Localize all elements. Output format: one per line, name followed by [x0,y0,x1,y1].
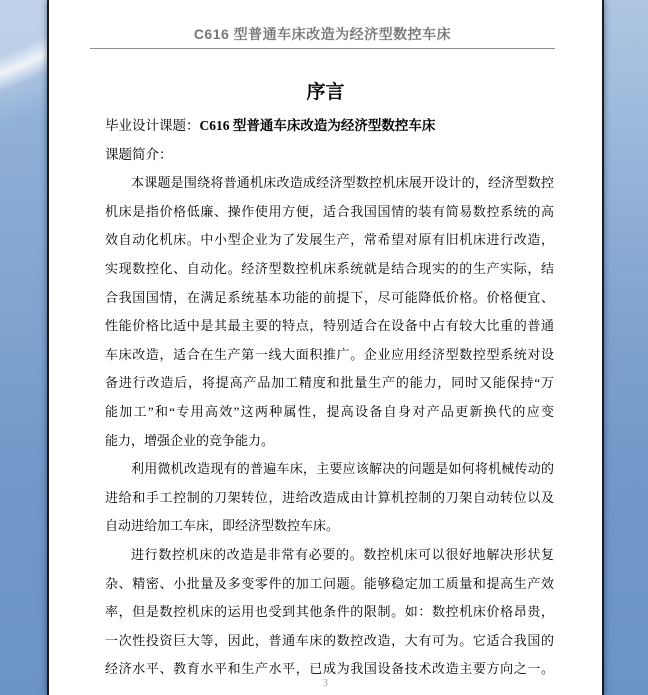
paragraph-line: 杂、精密、小批量及多变零件的加工问题。能够稳定加工质量和提高生产效 [105,570,554,599]
paragraph-line: 能力，增强企业的竞争能力。 [105,427,554,456]
paragraphs-container: 本课题是围绕将普通机床改造成经济型数控机床展开设计的，经济型数控机床是指价格低廉… [105,169,554,684]
paragraph-line: 本课题是围绕将普通机床改造成经济型数控机床展开设计的，经济型数控 [105,169,554,198]
paragraph-line: 备进行改造后，将提高产品加工精度和批量生产的能力，同时又能保持“万 [105,369,554,398]
paragraph-line: 自动进给加工车床，即经济型数控车床。 [105,512,554,541]
course-label: 毕业设计课题： [105,118,200,133]
page-number: 3 [49,678,602,690]
paragraph-line: 实现数控化、自动化。经济型数控机床系统就是结合现实的的生产实际，结 [105,255,554,284]
paragraph-line: 合我国国情，在满足系统基本功能的前提下，尽可能降低价格。价格便宜、 [105,284,554,313]
course-value: C616 型普通车床改造为经济型数控车床 [200,118,436,133]
paragraph-line: 利用微机改造现有的普遍车床，主要应该解决的问题是如何将机械传动的 [105,455,554,484]
document-body: 毕业设计课题：C616 型普通车床改造为经济型数控车床 课题简介： 本课题是围绕… [105,112,554,684]
course-line: 毕业设计课题：C616 型普通车床改造为经济型数控车床 [105,112,554,141]
screenshot-root: { "colors": { "background_top": "#9cb9dc… [0,0,648,695]
paragraph-line: 进行数控机床的改造是非常有必要的。数控机床可以很好地解决形状复 [105,541,554,570]
document-page: C616 型普通车床改造为经济型数控车床 序言 毕业设计课题：C616 型普通车… [47,0,604,695]
background-left-strip [0,0,47,695]
page-header: C616 型普通车床改造为经济型数控车床 [90,26,555,49]
background-right-strip [604,0,648,695]
paragraph-line: 率，但是数控机床的运用也受到其他条件的限制。如：数控机床价格昂贵， [105,598,554,627]
intro-label: 课题简介： [105,141,554,170]
paragraph-line: 性能价格比适中是其最主要的特点，特别适合在设备中占有较大比重的普通 [105,312,554,341]
paragraph-line: 一次性投资巨大等，因此，普通车床的数控改造，大有可为。它适合我国的 [105,627,554,656]
paragraph-line: 车床改造，适合在生产第一线大面积推广。企业应用经济型数控型系统对设 [105,341,554,370]
paragraph-line: 能加工”和“专用高效”这两种属性，提高设备自身对产品更新换代的应变 [105,398,554,427]
paragraph-line: 效自动化机床。中小型企业为了发展生产，常希望对原有旧机床进行改造， [105,226,554,255]
header-title: C616 型普通车床改造为经济型数控车床 [194,26,451,42]
paragraph-line: 机床是指价格低廉、操作使用方便，适合我国国情的装有简易数控系统的高 [105,198,554,227]
section-title: 序言 [49,81,602,105]
paragraph-line: 进给和手工控制的刀架转位，进给改造成由计算机控制的刀架自动转位以及 [105,484,554,513]
